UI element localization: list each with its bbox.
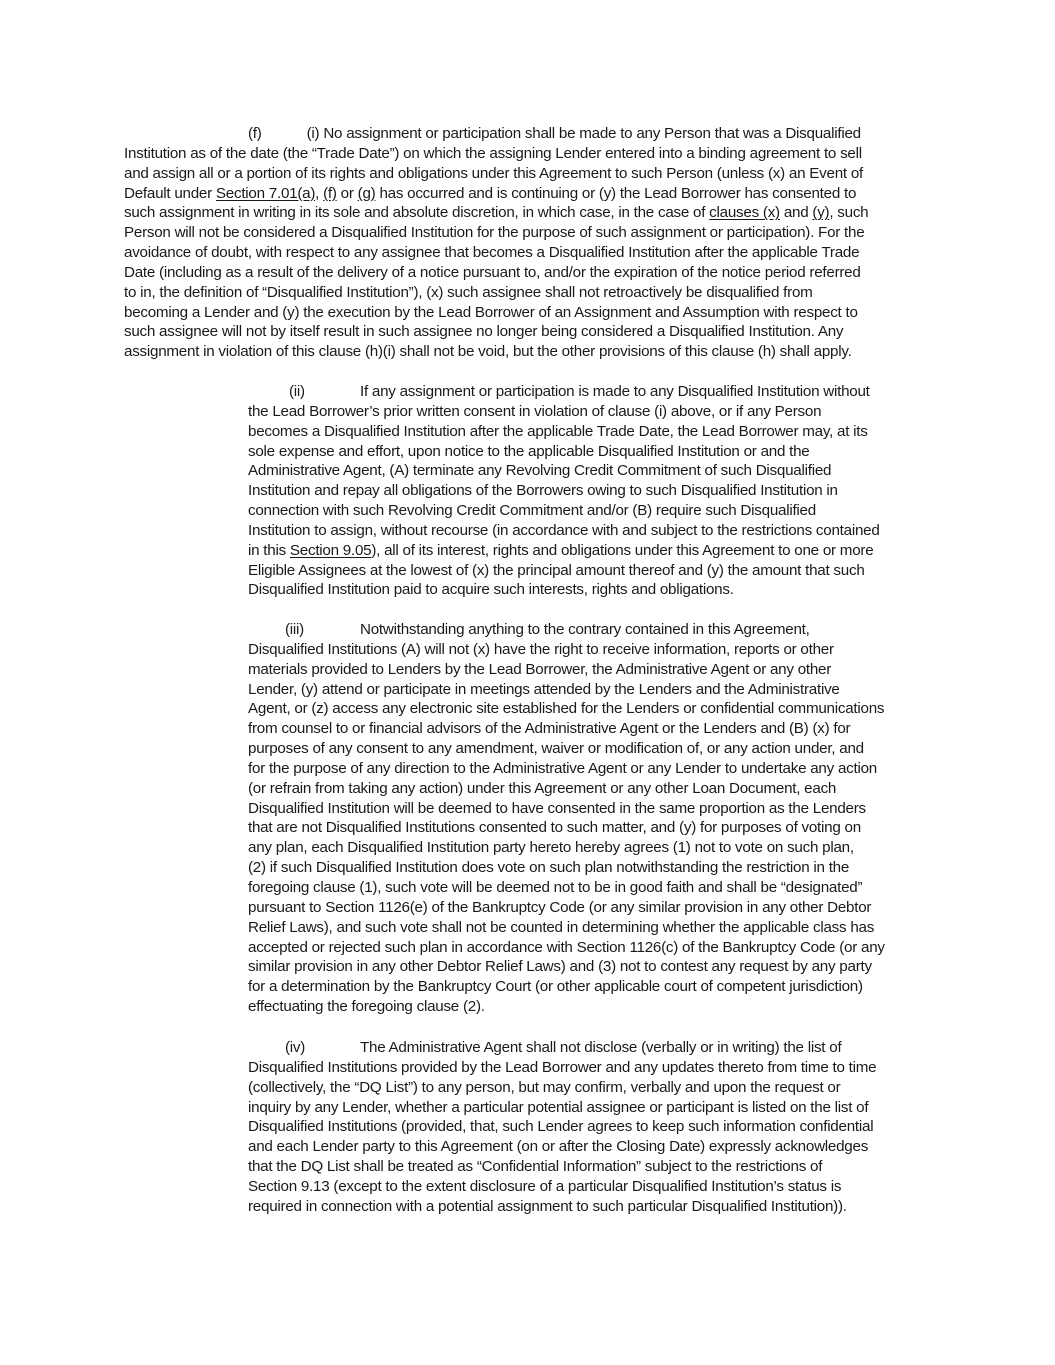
text-line: Administrative Agent, (A) terminate any … xyxy=(248,461,880,481)
text-line: avoidance of doubt, with respect to any … xyxy=(124,243,868,263)
clause-label-iv: (iv) xyxy=(285,1038,360,1058)
text-line: Institution to assign, without recourse … xyxy=(248,521,880,541)
paragraph-ii: (ii)If any assignment or participation i… xyxy=(248,382,880,600)
text-line: inquiry by any Lender, whether a particu… xyxy=(248,1098,876,1118)
paragraph-iv: (iv)The Administrative Agent shall not d… xyxy=(248,1038,876,1217)
text-line: Disqualified Institutions (A) will not (… xyxy=(248,640,885,660)
text-line: Date (including as a result of the deliv… xyxy=(124,263,868,283)
text-line: becoming a Lender and (y) the execution … xyxy=(124,303,868,323)
clause-label-i: (i) xyxy=(307,125,320,142)
text-line: Institution and repay all obligations of… xyxy=(248,481,880,501)
text-line: any plan, each Disqualified Institution … xyxy=(248,838,885,858)
paragraph-f-i: (f)(i) No assignment or participation sh… xyxy=(124,124,868,362)
text-line: effectuating the foregoing clause (2). xyxy=(248,997,885,1017)
text-line: sole expense and effort, upon notice to … xyxy=(248,442,880,462)
text-line: and assign all or a portion of its right… xyxy=(124,164,868,184)
section-7-01a-link[interactable]: Section 7.01(a) xyxy=(216,185,315,202)
section-9-05-link[interactable]: Section 9.05 xyxy=(290,542,371,559)
text-line: such assignee will not by itself result … xyxy=(124,322,868,342)
text-line: Disqualified Institutions provided by th… xyxy=(248,1058,876,1078)
text-line: (f)(i) No assignment or participation sh… xyxy=(124,124,868,144)
text-line: Disqualified Institutions (provided, tha… xyxy=(248,1117,876,1137)
text-line: Person will not be considered a Disquali… xyxy=(124,223,868,243)
text-line: assignment in violation of this clause (… xyxy=(124,342,868,362)
text-line: (or refrain from taking any action) unde… xyxy=(248,779,885,799)
text-line: required in connection with a potential … xyxy=(248,1197,876,1217)
text-line: Relief Laws), and such vote shall not be… xyxy=(248,918,885,938)
text-line: connection with such Revolving Credit Co… xyxy=(248,501,880,521)
text-line: (2) if such Disqualified Institution doe… xyxy=(248,858,885,878)
text-line: for a determination by the Bankruptcy Co… xyxy=(248,977,885,997)
clause-f-link[interactable]: (f) xyxy=(323,185,337,202)
paragraph-iii: (iii)Notwithstanding anything to the con… xyxy=(248,620,885,1017)
text-line: that are not Disqualified Institutions c… xyxy=(248,818,885,838)
clause-label-ii: (ii) xyxy=(289,382,360,402)
clause-label-iii: (iii) xyxy=(285,620,360,640)
text-line: in this Section 9.05), all of its intere… xyxy=(248,541,880,561)
text-line: similar provision in any other Debtor Re… xyxy=(248,957,885,977)
text-line: Institution as of the date (the “Trade D… xyxy=(124,144,868,164)
text-line: the Lead Borrower’s prior written consen… xyxy=(248,402,880,422)
text-line: (ii)If any assignment or participation i… xyxy=(248,382,880,402)
text-line: materials provided to Lenders by the Lea… xyxy=(248,660,885,680)
text-line: (iv)The Administrative Agent shall not d… xyxy=(248,1038,876,1058)
text-line: and each Lender party to this Agreement … xyxy=(248,1137,876,1157)
text-line: Eligible Assignees at the lowest of (x) … xyxy=(248,561,880,581)
text-line: accepted or rejected such plan in accord… xyxy=(248,938,885,958)
text-line: such assignment in writing in its sole a… xyxy=(124,203,868,223)
clauses-x-link[interactable]: clauses (x) xyxy=(709,204,780,221)
text-line: for the purpose of any direction to the … xyxy=(248,759,885,779)
section-label-f: (f) xyxy=(248,125,262,142)
text-line: from counsel to or financial advisors of… xyxy=(248,719,885,739)
text-line: Disqualified Institution will be deemed … xyxy=(248,799,885,819)
clause-g-link[interactable]: (g) xyxy=(358,185,376,202)
text-line: pursuant to Section 1126(e) of the Bankr… xyxy=(248,898,885,918)
text-line: to in, the definition of “Disqualified I… xyxy=(124,283,868,303)
text-line: purposes of any consent to any amendment… xyxy=(248,739,885,759)
document-page: (f)(i) No assignment or participation sh… xyxy=(0,0,1055,1365)
text-line: (iii)Notwithstanding anything to the con… xyxy=(248,620,885,640)
text-line: Disqualified Institution paid to acquire… xyxy=(248,580,880,600)
text-line: Section 9.13 (except to the extent discl… xyxy=(248,1177,876,1197)
text-line: Lender, (y) attend or participate in mee… xyxy=(248,680,885,700)
text-line: (collectively, the “DQ List”) to any per… xyxy=(248,1078,876,1098)
text-line: Agent, or (z) access any electronic site… xyxy=(248,699,885,719)
text-line: Default under Section 7.01(a), (f) or (g… xyxy=(124,184,868,204)
text-line: foregoing clause (1), such vote will be … xyxy=(248,878,885,898)
text-line: becomes a Disqualified Institution after… xyxy=(248,422,880,442)
text-line: that the DQ List shall be treated as “Co… xyxy=(248,1157,876,1177)
clause-y-link[interactable]: (y) xyxy=(812,204,829,221)
